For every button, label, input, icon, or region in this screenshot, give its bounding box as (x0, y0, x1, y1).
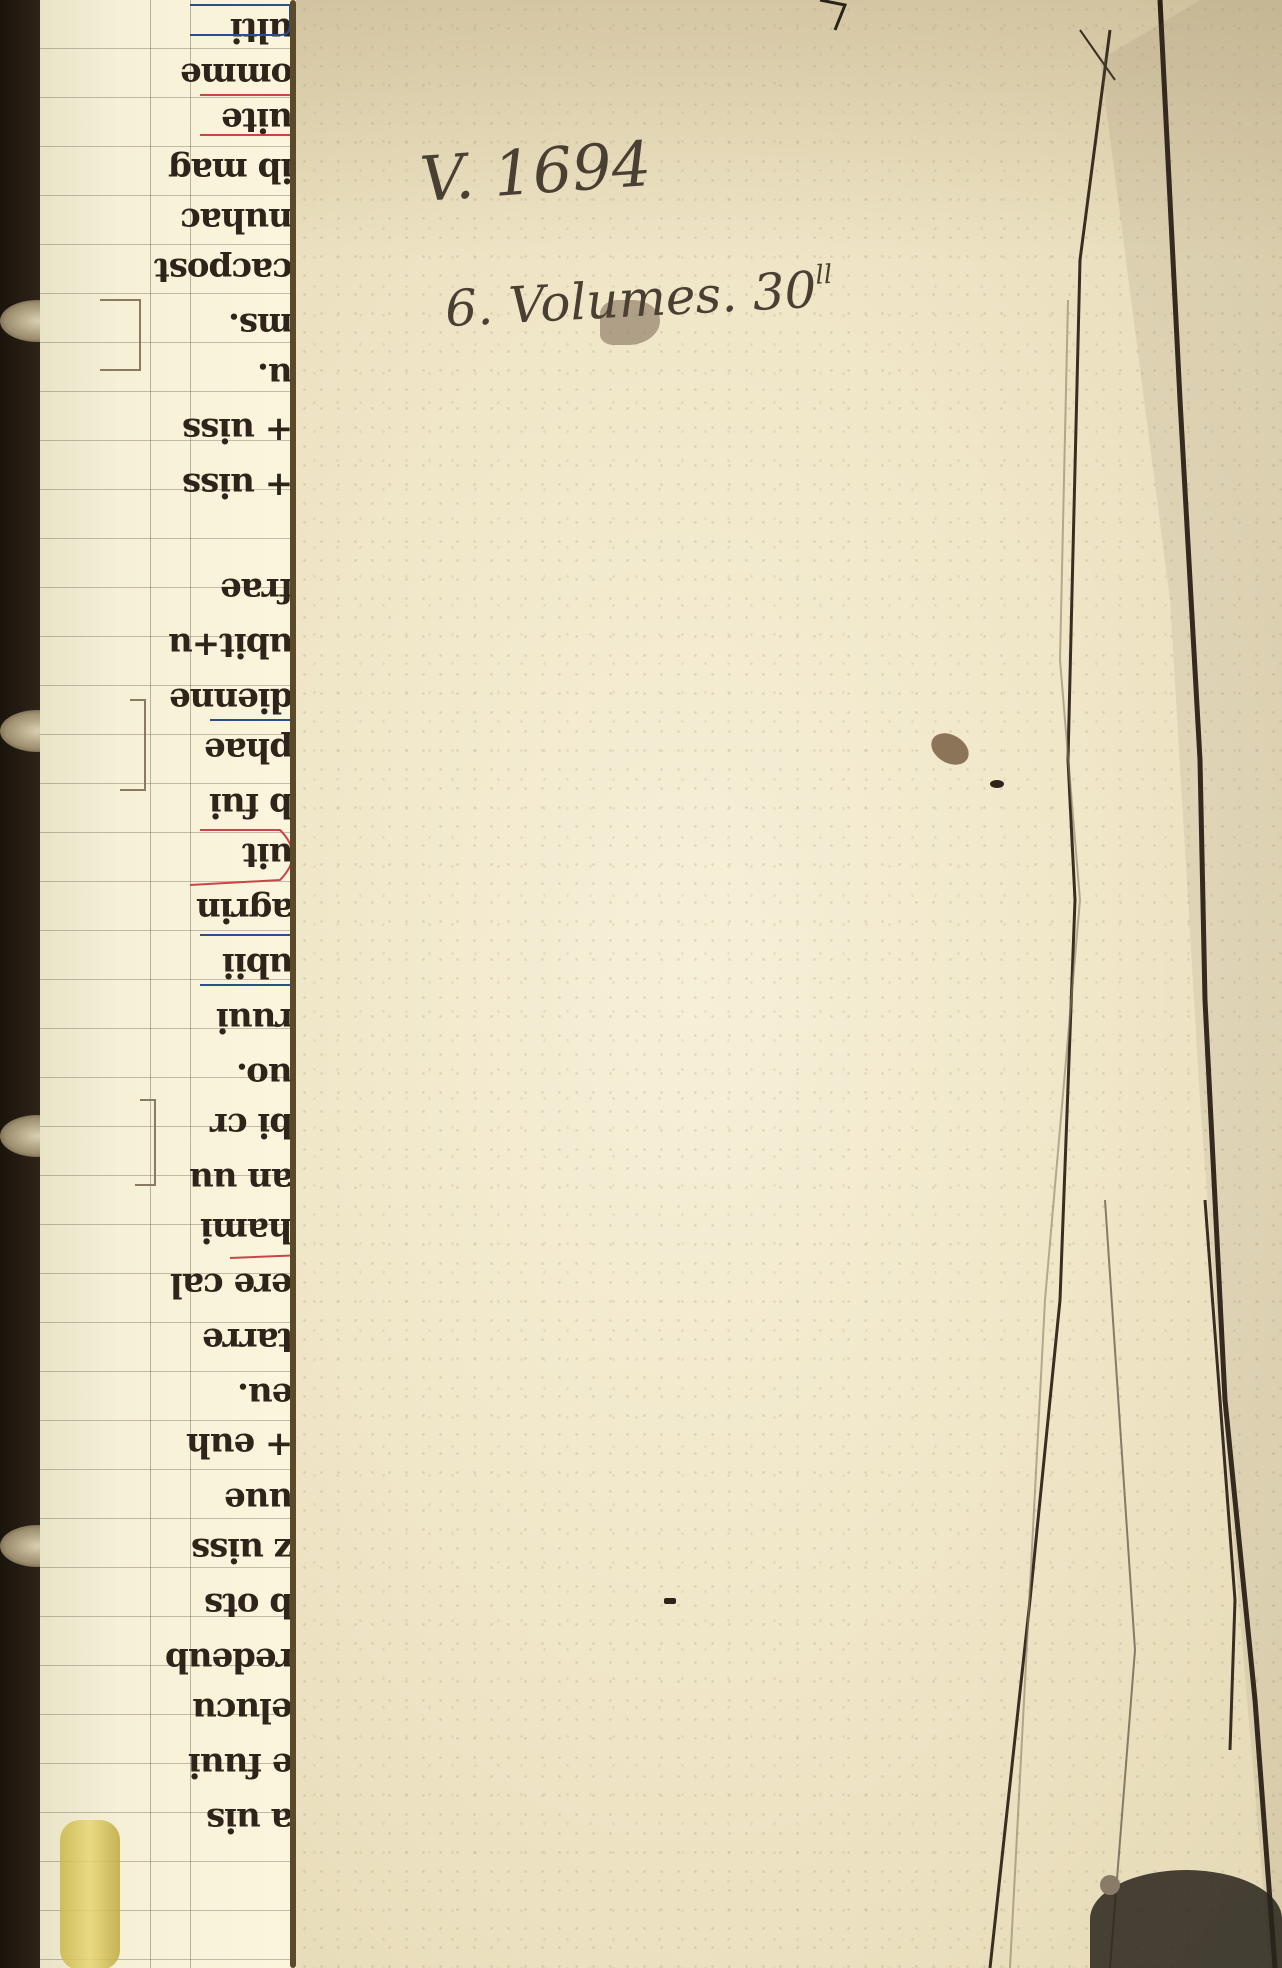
rubricated-initials (40, 0, 305, 1968)
vellum-binding-strip: ulti omme uite ib mag nuhac cacpost ms. … (40, 0, 305, 1968)
ink-drop (1100, 1875, 1120, 1895)
ink-dot (990, 780, 1004, 788)
ink-dot (664, 1598, 676, 1604)
livres-mark: ll (815, 260, 833, 291)
page-shadow (296, 0, 1282, 260)
yellow-thread (60, 1820, 120, 1968)
manuscript-photo: ulti omme uite ib mag nuhac cacpost ms. … (0, 0, 1282, 1968)
